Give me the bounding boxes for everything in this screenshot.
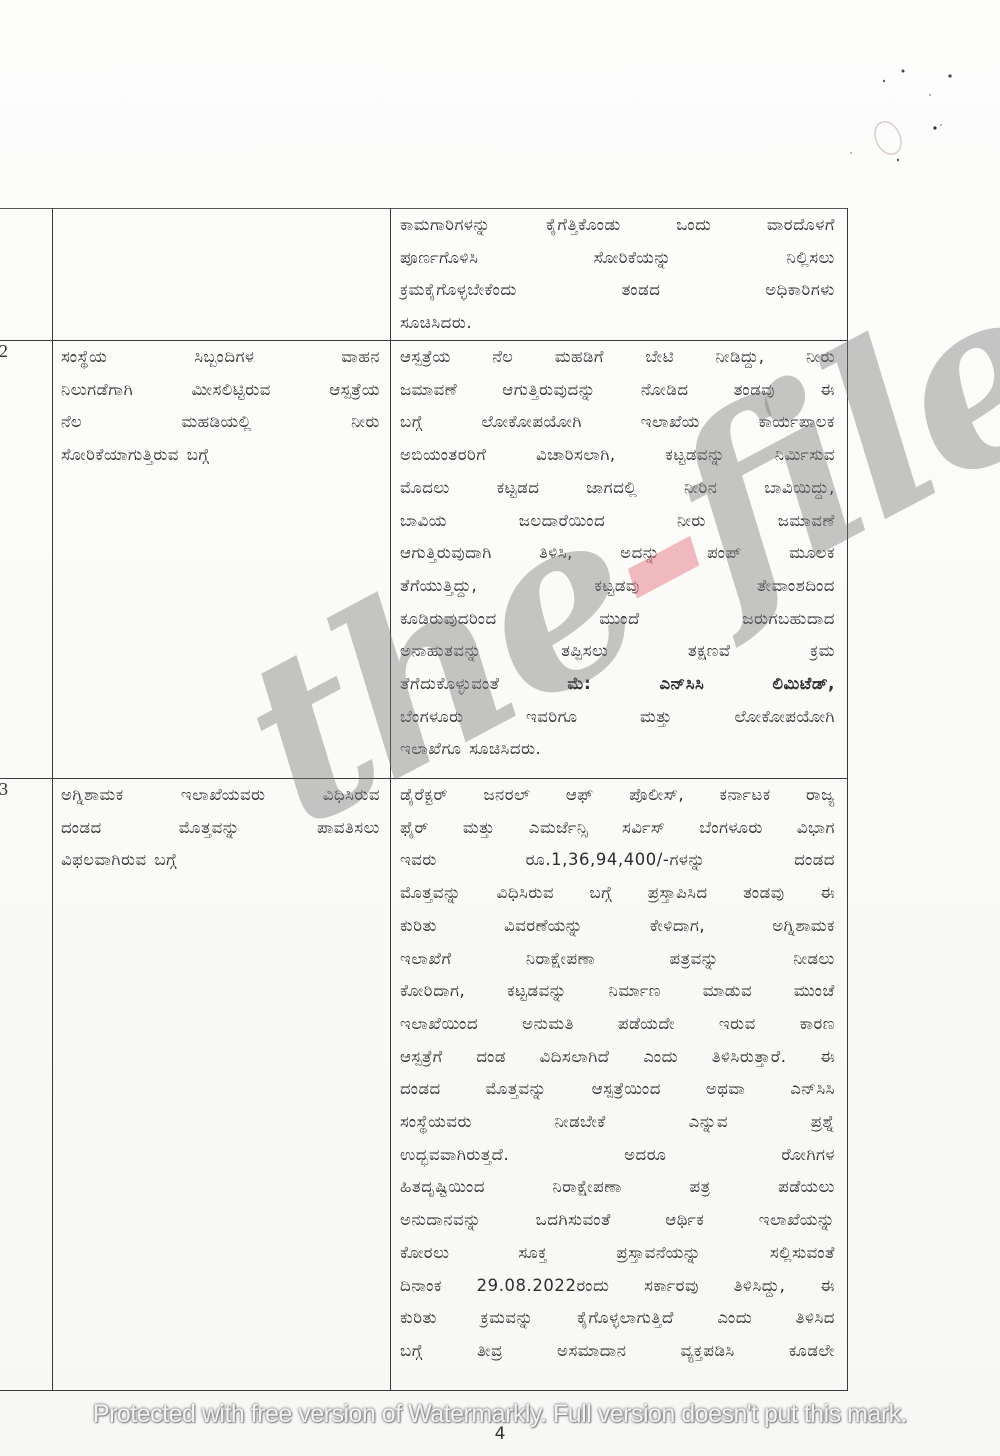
remarks-cell: ಆಸ್ಪತ್ರೆಯ ನೆಲ ಮಹಡಿಗೆ ಬೇಟಿ ನೀಡಿದ್ದು, ನೀರು… <box>391 341 848 779</box>
remarks-text: ಆಸ್ಪತ್ರೆಯ ನೆಲ ಮಹಡಿಗೆ ಬೇಟಿ ನೀಡಿದ್ದು, ನೀರು… <box>391 341 847 766</box>
company-name-emphasis: ಮೆ: ಎನ್‌ಸಿಸಿ ಲಿಮಿಟೆಡ್, <box>567 674 835 693</box>
table-row: ಕಾಮಗಾರಿಗಳನ್ನು ಕೈಗೆತ್ತಿಕೊಂಡು ಒಂದು ವಾರದೊಳಗ… <box>0 209 848 341</box>
remarks-line: ಪೂರ್ಣಗೊಳಿಸಿ ಸೋರಿಕೆಯನ್ನು ನಿಲ್ಲಿಸಲು <box>400 242 835 275</box>
remarks-line: ಕುರಿತು ವಿವರಣೆಯನ್ನು ಕೇಳಿದಾಗ, ಅಗ್ನಿಶಾಮಕ <box>400 910 835 943</box>
subject-line: ನಿಲುಗಡೆಗಾಗಿ ಮೀಸಲಿಟ್ಟಿರುವ ಆಸ್ಪತ್ರೆಯ <box>61 374 380 407</box>
subject-cell: ಅಗ್ನಿಶಾಮಕ ಇಲಾಖೆಯವರು ವಿಧಿಸಿರುವದಂಡದ ಮೊತ್ತವ… <box>53 779 391 1391</box>
remarks-line: ಅಬಿಯಂತರರಿಗೆ ವಿಚಾರಿಸಲಾಗಿ, ಕಟ್ಟಡವನ್ನು ನಿರ್… <box>400 439 835 472</box>
remarks-line: ಕೂಡಿರುವುದರಿಂದ ಮುಂದೆ ಜರುಗಬಹುದಾದ <box>400 603 835 636</box>
remarks-line: ಆಸ್ಪತ್ರೆಯ ನೆಲ ಮಹಡಿಗೆ ಬೇಟಿ ನೀಡಿದ್ದು, ನೀರು <box>400 341 835 374</box>
remarks-cell: ಕಾಮಗಾರಿಗಳನ್ನು ಕೈಗೆತ್ತಿಕೊಂಡು ಒಂದು ವಾರದೊಳಗ… <box>391 209 848 341</box>
remarks-line: ಬಗ್ಗೆ ತೀವ್ರ ಅಸಮಾದಾನ ವ್ಯಕ್ತಪಡಿಸಿ ಕೂಡಲೇ <box>400 1335 835 1368</box>
subject-text: ಸಂಸ್ಥೆಯ ಸಿಬ್ಬಂದಿಗಳ ವಾಹನನಿಲುಗಡೆಗಾಗಿ ಮೀಸಲಿ… <box>53 341 390 472</box>
remarks-line: ಬೆಂಗಳೂರು ಇವರಿಗೂ ಮತ್ತು ಲೋಕೋಪಯೋಗಿ <box>400 701 835 734</box>
remarks-line: ಉದ್ಭವವಾಗಿರುತ್ತದೆ. ಅದರೂ ರೋಗಿಗಳ <box>400 1139 835 1172</box>
remarks-line: ಮೊತ್ತವನ್ನು ವಿಧಿಸಿರುವ ಬಗ್ಗೆ ಪ್ರಸ್ತಾಪಿಸಿದ … <box>400 877 835 910</box>
remarks-line: ಕೋರಲು ಸೂಕ್ತ ಪ್ರಸ್ತಾವನೆಯನ್ನು ಸಲ್ಲಿಸುವಂತೆ <box>400 1237 835 1270</box>
serial-number-cell <box>0 209 53 341</box>
subject-line: ನೆಲ ಮಹಡಿಯಲ್ಲಿ ನೀರು <box>61 406 380 439</box>
remarks-line: ಡೈರೆಕ್ಟರ್ ಜನರಲ್ ಆಫ್ ಪೊಲೀಸ್, ಕರ್ನಾಟಕ ರಾಜ್… <box>400 779 835 812</box>
subject-cell <box>53 209 391 341</box>
remarks-line: ಬಗ್ಗೆ ಲೋಕೋಪಯೋಗಿ ಇಲಾಖೆಯ ಕಾರ್ಯಪಾಲಕ <box>400 406 835 439</box>
remarks-line: ಕ್ರಮಕೈಗೊಳ್ಳಬೇಕೆಂದು ತಂಡದ ಅಧಿಕಾರಿಗಳು <box>400 274 835 307</box>
remarks-line: ಕುರಿತು ಕ್ರಮವನ್ನು ಕೈಗೊಳ್ಳಲಾಗುತ್ತಿದೆ ಎಂದು … <box>400 1302 835 1335</box>
remarks-line: ಆಗುತ್ತಿರುವುದಾಗಿ ತಿಳಿಸಿ, ಅದನ್ನು ಪಂಪ್ ಮೂಲಕ <box>400 537 835 570</box>
remarks-text: ಕಾಮಗಾರಿಗಳನ್ನು ಕೈಗೆತ್ತಿಕೊಂಡು ಒಂದು ವಾರದೊಳಗ… <box>391 209 847 340</box>
subject-line: ಸಂಸ್ಥೆಯ ಸಿಬ್ಬಂದಿಗಳ ವಾಹನ <box>61 341 380 374</box>
remarks-line: ಮೊದಲು ಕಟ್ಟಡದ ಜಾಗದಲ್ಲಿ ನೀರಿನ ಬಾವಿಯಿದ್ದು, <box>400 472 835 505</box>
remarks-line: ಸೂಚಿಸಿದರು. <box>400 307 835 340</box>
serial-number-cell: 3 <box>0 779 53 1391</box>
remarks-line: ಇಲಾಖೆಗೂ ಸೂಚಿಸಿದರು. <box>400 733 835 766</box>
remarks-line: ಅನುದಾನವನ್ನು ಒದಗಿಸುವಂತೆ ಆರ್ಥಿಕ ಇಲಾಖೆಯನ್ನು <box>400 1204 835 1237</box>
serial-number-cell: 2 <box>0 341 53 779</box>
table-row: 2ಸಂಸ್ಥೆಯ ಸಿಬ್ಬಂದಿಗಳ ವಾಹನನಿಲುಗಡೆಗಾಗಿ ಮೀಸಲ… <box>0 341 848 779</box>
remarks-line: ಆಸ್ಪತ್ರೆಗೆ ದಂಡ ವಿದಿಸಲಾಗಿದೆ ಎಂದು ತಿಳಿಸಿರು… <box>400 1041 835 1074</box>
remarks-line: ಫೈರ್ ಮತ್ತು ಎಮರ್ಜೆನ್ಸಿ ಸರ್ವಿಸ್ ಬೆಂಗಳೂರು ವ… <box>400 812 835 845</box>
remarks-line: ಕಾಮಗಾರಿಗಳನ್ನು ಕೈಗೆತ್ತಿಕೊಂಡು ಒಂದು ವಾರದೊಳಗ… <box>400 209 835 242</box>
remarks-line: ಸಂಸ್ಥೆಯವರು ನೀಡಬೇಕೆ ಎನ್ನುವ ಪ್ರಶ್ನೆ <box>400 1106 835 1139</box>
remarks-line: ಕೋರಿದಾಗ, ಕಟ್ಟಡವನ್ನು ನಿರ್ಮಾಣ ಮಾಡುವ ಮುಂಚೆ <box>400 975 835 1008</box>
remarks-line: ಇಲಾಖೆಗೆ ನಿರಾಕ್ಷೇಪಣಾ ಪತ್ರವನ್ನು ನೀಡಲು <box>400 943 835 976</box>
subject-line: ಸೋರಿಕೆಯಾಗುತ್ತಿರುವ ಬಗ್ಗೆ <box>61 439 380 472</box>
remarks-line: ಬಾವಿಯ ಜಲದಾರೆಯಿಂದ ನೀರು ಜಮಾವಣೆ <box>400 505 835 538</box>
subject-text: ಅಗ್ನಿಶಾಮಕ ಇಲಾಖೆಯವರು ವಿಧಿಸಿರುವದಂಡದ ಮೊತ್ತವ… <box>53 779 390 877</box>
scanned-page: ಕಾಮಗಾರಿಗಳನ್ನು ಕೈಗೆತ್ತಿಕೊಂಡು ಒಂದು ವಾರದೊಳಗ… <box>0 0 1000 1456</box>
inspection-findings-table: ಕಾಮಗಾರಿಗಳನ್ನು ಕೈಗೆತ್ತಿಕೊಂಡು ಒಂದು ವಾರದೊಳಗ… <box>0 208 848 1391</box>
remarks-line: ದಂಡದ ಮೊತ್ತವನ್ನು ಆಸ್ಪತ್ರೆಯಿಂದ ಅಥವಾ ಎನ್‌ಸಿ… <box>400 1073 835 1106</box>
remarks-line: ತೆಗೆಯುತ್ತಿದ್ದು, ಕಟ್ಟಡವು ತೇವಾಂಶದಿಂದ <box>400 570 835 603</box>
subject-cell: ಸಂಸ್ಥೆಯ ಸಿಬ್ಬಂದಿಗಳ ವಾಹನನಿಲುಗಡೆಗಾಗಿ ಮೀಸಲಿ… <box>53 341 391 779</box>
table-row: 3ಅಗ್ನಿಶಾಮಕ ಇಲಾಖೆಯವರು ವಿಧಿಸಿರುವದಂಡದ ಮೊತ್ತ… <box>0 779 848 1391</box>
subject-line: ವಿಫಲವಾಗಿರುವ ಬಗ್ಗೆ <box>61 844 380 877</box>
remarks-line: ತೆಗೆದುಕೊಳ್ಳುವಂತೆ ಮೆ: ಎನ್‌ಸಿಸಿ ಲಿಮಿಟೆಡ್, <box>400 668 835 701</box>
remarks-line: ಇಲಾಖೆಯಿಂದ ಅನುಮತಿ ಪಡೆಯದೇ ಇರುವ ಕಾರಣ <box>400 1008 835 1041</box>
remarks-line: ಹಿತದೃಷ್ಟಿಯಿಂದ ನಿರಾಕ್ಷೇಪಣಾ ಪತ್ರ ಪಡೆಯಲು <box>400 1171 835 1204</box>
remarks-cell: ಡೈರೆಕ್ಟರ್ ಜನರಲ್ ಆಫ್ ಪೊಲೀಸ್, ಕರ್ನಾಟಕ ರಾಜ್… <box>391 779 848 1391</box>
remarks-line: ದಿನಾಂಕ 29.08.2022ರಂದು ಸರ್ಕಾರವು ತಿಳಿಸಿದ್ದ… <box>400 1270 835 1303</box>
remarks-line: ಜಮಾವಣೆ ಆಗುತ್ತಿರುವುದನ್ನು ನೋಡಿದ ತಂಡವು ಈ <box>400 374 835 407</box>
subject-line: ಅಗ್ನಿಶಾಮಕ ಇಲಾಖೆಯವರು ವಿಧಿಸಿರುವ <box>61 779 380 812</box>
scan-specks-decoration <box>0 0 1000 200</box>
remarks-line: ಇವರು ರೂ.1,36,94,400/-ಗಳನ್ನು ದಂಡದ <box>400 844 835 877</box>
page-number: 4 <box>0 1424 1000 1444</box>
subject-line: ದಂಡದ ಮೊತ್ತವನ್ನು ಪಾವತಿಸಲು <box>61 812 380 845</box>
remarks-text: ಡೈರೆಕ್ಟರ್ ಜನರಲ್ ಆಫ್ ಪೊಲೀಸ್, ಕರ್ನಾಟಕ ರಾಜ್… <box>391 779 847 1368</box>
remarks-line: ಅನಾಹುತವನ್ನು ತಪ್ಪಿಸಲು ತಕ್ಷಣವೆ ಕ್ರಮ <box>400 635 835 668</box>
